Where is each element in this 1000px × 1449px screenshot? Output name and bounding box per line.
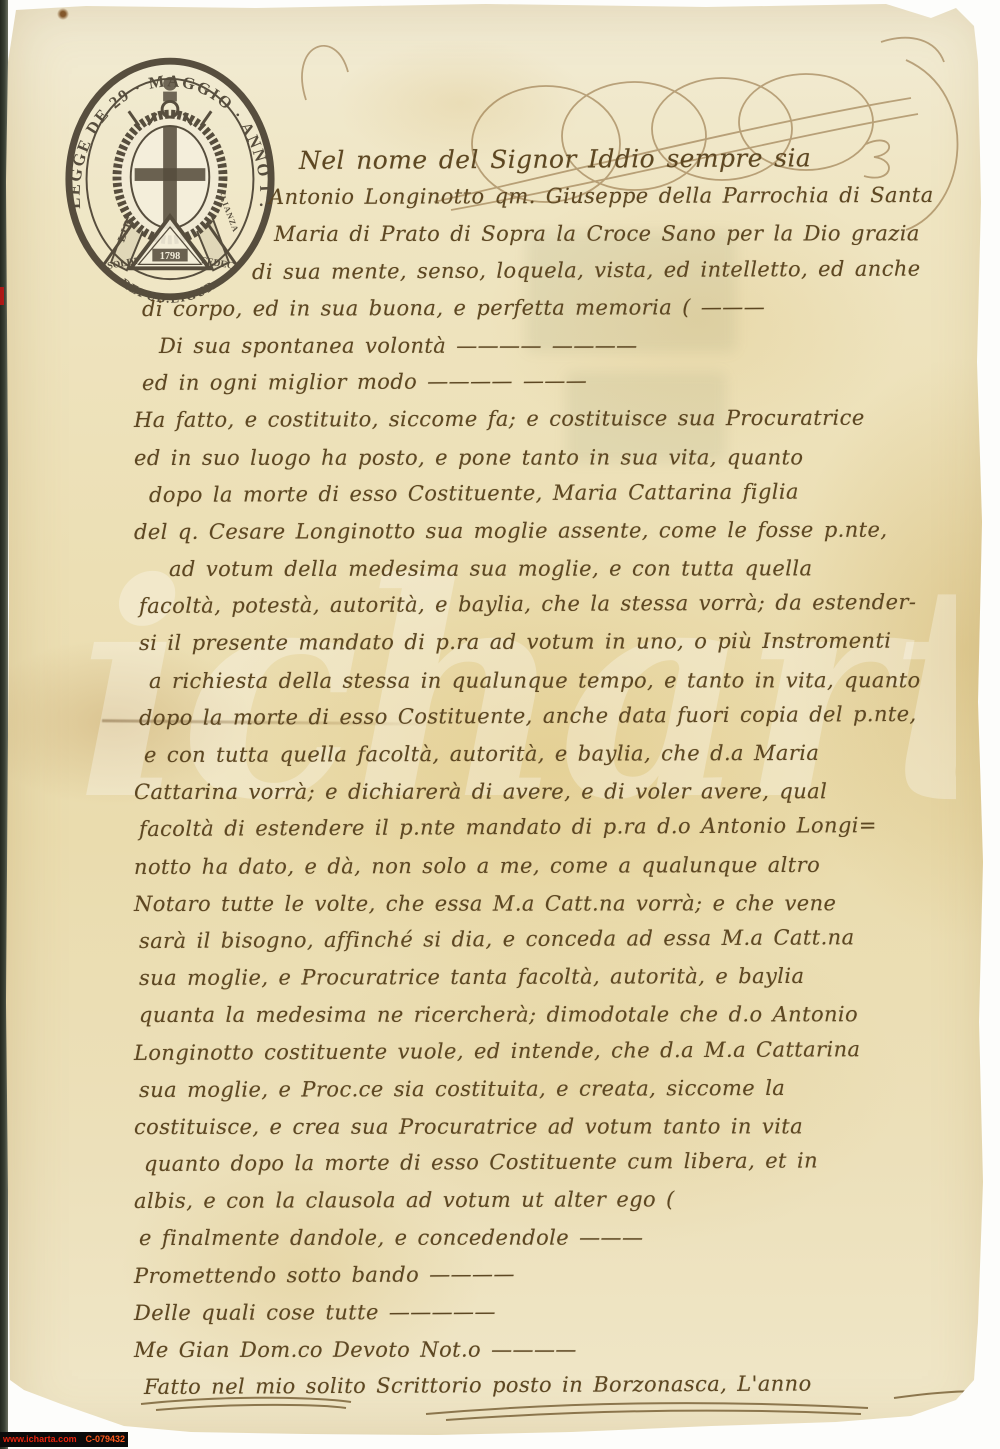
manuscript-paper: icharta LEGGE DE 29 · MAGGIO · ANNO I°. …	[6, 2, 994, 1442]
left-edge-red-mark	[0, 287, 4, 305]
manuscript-line: Notaro tutte le volte, che essa M.a Catt…	[134, 885, 994, 923]
manuscript-line: ad votum della medesima sua moglie, e co…	[169, 550, 994, 588]
manuscript-line: sarà il bisogno, affinché si dia, e conc…	[139, 918, 994, 960]
manuscript-body: Nel nome del Signor Iddio sempre siaAnto…	[134, 142, 994, 1406]
archive-site-label: www.icharta.com	[3, 1432, 77, 1447]
manuscript-line: e con tutta quella facoltà, autorità, e …	[144, 734, 994, 774]
manuscript-line: albis, e con la clausola ad votum ut alt…	[134, 1181, 994, 1221]
manuscript-line: Antonio Longinotto qm. Giuseppe della Pa…	[269, 177, 994, 216]
manuscript-line: sua moglie, e Procuratrice tanta facoltà…	[139, 957, 994, 997]
manuscript-line: facoltà di estendere il p.nte mandato di…	[139, 807, 994, 849]
manuscript-line: del q. Cesare Longinotto sua moglie asse…	[134, 511, 994, 551]
manuscript-line: Nel nome del Signor Iddio sempre sia	[299, 138, 994, 179]
manuscript-line: dopo la morte di esso Costituente, anche…	[139, 695, 994, 737]
manuscript-line: quanta la medesima ne ricercherà; dimodo…	[139, 996, 994, 1034]
crest-cap	[163, 92, 177, 102]
manuscript-line: di sua mente, senso, loquela, vista, ed …	[252, 250, 994, 291]
crest-pommel	[163, 77, 177, 91]
manuscript-line: notto ha dato, e dà, non solo a me, come…	[134, 846, 994, 886]
manuscript-line: Ha fatto, e costituito, siccome fa; e co…	[134, 400, 994, 440]
manuscript-line: ed in ogni miglior modo ———— ———	[142, 361, 994, 403]
manuscript-line: Promettendo sotto bando ————	[134, 1253, 994, 1295]
manuscript-line: dopo la morte di esso Costituente, Maria…	[149, 472, 994, 514]
archive-label-bar: www.icharta.com C-079432	[0, 1432, 128, 1447]
manuscript-line: Me Gian Dom.co Devoto Not.o ————	[134, 1331, 994, 1369]
manuscript-line: e finalmente dandole, e concedendole ———	[139, 1220, 994, 1258]
manuscript-line: Longinotto costituente vuole, ed intende…	[134, 1030, 994, 1072]
archive-code-label: C-079432	[85, 1432, 125, 1447]
manuscript-line: facoltà, potestà, autorità, e baylia, ch…	[139, 584, 994, 626]
manuscript-line: quanto dopo la morte di esso Costituente…	[144, 1142, 994, 1184]
manuscript-line: Delle quali cose tutte —————	[134, 1292, 994, 1332]
manuscript-line: Di sua spontanea volontà ———— ————	[159, 327, 994, 365]
manuscript-line: ed in suo luogo ha posto, e pone tanto i…	[134, 439, 994, 477]
manuscript-line: Cattarina vorrà; e dichiarerà di avere, …	[134, 773, 994, 811]
manuscript-line: Fatto nel mio solito Scrittorio posto in…	[144, 1365, 994, 1407]
manuscript-line: si il presente mandato di p.ra ad votum …	[139, 623, 994, 663]
manuscript-line: sua moglie, e Proc.ce sia costituita, e …	[139, 1069, 994, 1109]
manuscript-line: a richiesta della stessa in qualunque te…	[149, 662, 994, 700]
manuscript-line: Maria di Prato di Sopra la Croce Sano pe…	[274, 216, 994, 254]
manuscript-line: costituisce, e crea sua Procuratrice ad …	[134, 1108, 994, 1146]
manuscript-line: di corpo, ed in sua buona, e perfetta me…	[142, 288, 994, 328]
